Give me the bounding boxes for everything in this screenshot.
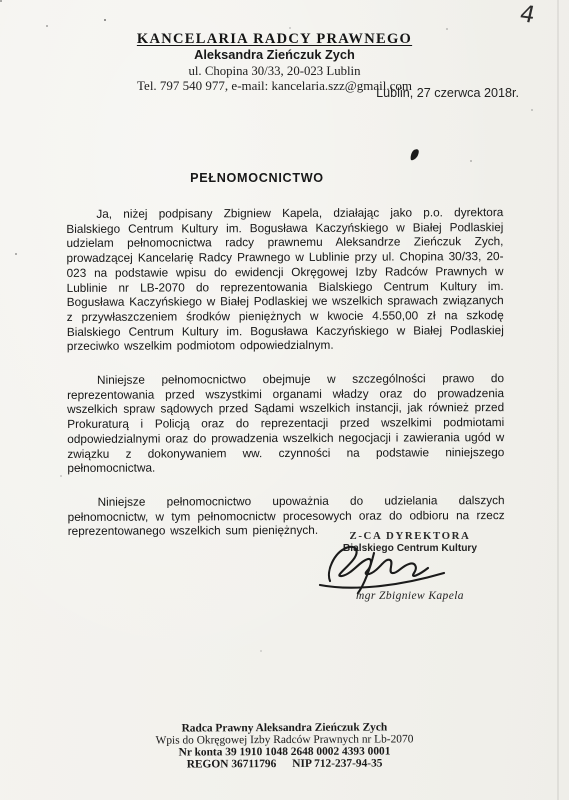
footer-nip: NIP 712-237-94-35 [292, 758, 382, 770]
handwritten-signature [316, 541, 466, 596]
document-title: PEŁNOMOCNICTWO [0, 171, 514, 185]
footer-regon: REGON 36711796 [187, 758, 277, 770]
signature-block: Z-CA DYREKTORA Bialskiego Centrum Kultur… [330, 530, 490, 602]
ink-mark [405, 146, 425, 166]
scan-edge-shadow [557, 0, 559, 800]
body-paragraph-1: Ja, niżej podpisany Zbigniew Kapela, dzi… [66, 205, 504, 354]
letterhead: KANCELARIA RADCY PRAWNEGO Aleksandra Zie… [0, 31, 549, 93]
office-address: ul. Chopina 30/33, 20-023 Lublin [0, 64, 549, 78]
dateline: Lublin, 27 czerwca 2018r. [376, 86, 519, 100]
document-body: Ja, niżej podpisany Zbigniew Kapela, dzi… [66, 205, 504, 539]
scan-specks [0, 0, 2, 2]
firm-name: KANCELARIA RADCY PRAWNEGO [0, 31, 549, 47]
document-footer: Radca Prawny Aleksandra Zieńczuk Zych Wp… [0, 721, 569, 772]
handwritten-page-number: 4 [517, 1, 537, 28]
body-paragraph-2: Niniejsze pełnomocnictwo obejmuje w szcz… [67, 371, 504, 476]
attorney-name: Aleksandra Zieńczuk Zych [0, 48, 549, 62]
footer-ids-line: REGON 36711796NIP 712-237-94-35 [0, 757, 569, 772]
scanned-document-page: 4 KANCELARIA RADCY PRAWNEGO Aleksandra Z… [0, 0, 569, 800]
